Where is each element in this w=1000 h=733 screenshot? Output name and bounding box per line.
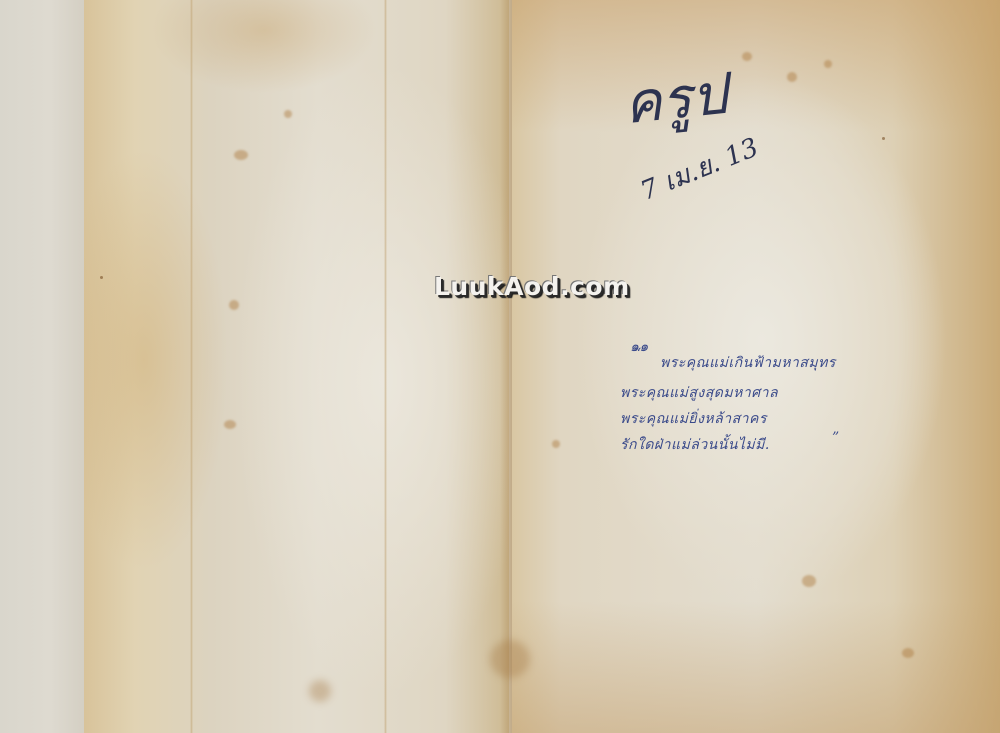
poem-line-2: พระคุณแม่สูงสุดมหาศาล bbox=[620, 382, 778, 404]
signature-date: 7 เม.ย. 13 bbox=[634, 127, 764, 211]
close-quote: ” bbox=[832, 430, 840, 446]
site-watermark: LuukAod.com bbox=[434, 272, 630, 301]
foxing-spot bbox=[234, 150, 248, 160]
foxing-spot bbox=[309, 680, 331, 702]
foxing-spot bbox=[802, 575, 816, 587]
signature-text: ครูป bbox=[621, 67, 729, 133]
foxing-spot bbox=[742, 52, 752, 61]
fold-line bbox=[384, 0, 387, 733]
fold-line bbox=[190, 0, 193, 733]
book-cover-edge bbox=[0, 0, 85, 733]
foxing-spot bbox=[824, 60, 832, 68]
foxing-spot bbox=[224, 420, 236, 429]
handwritten-signature: ครูป 7 เม.ย. 13 bbox=[624, 72, 764, 232]
open-quote: “ bbox=[634, 346, 642, 362]
foxing-spot bbox=[284, 110, 292, 118]
book-photo: ครูป 7 เม.ย. 13 LuukAod.com ๑๑ “ พระคุณแ… bbox=[0, 0, 1000, 733]
foxing-spot bbox=[902, 648, 914, 658]
poem-line-3: พระคุณแม่ยิ่งหล้าสาคร bbox=[620, 408, 767, 430]
left-endpaper-page bbox=[84, 0, 509, 733]
foxing-spot bbox=[552, 440, 560, 448]
poem-line-4: รักใดฝ่าแม่ล่วนนั้นไม่มี. bbox=[620, 434, 770, 456]
poem-line-1: พระคุณแม่เกินฟ้ามหาสมุทร bbox=[660, 352, 836, 374]
foxing-spot bbox=[787, 72, 797, 82]
foxing-spot bbox=[490, 640, 530, 678]
speck bbox=[882, 137, 885, 140]
speck bbox=[100, 276, 103, 279]
foxing-spot bbox=[229, 300, 239, 310]
